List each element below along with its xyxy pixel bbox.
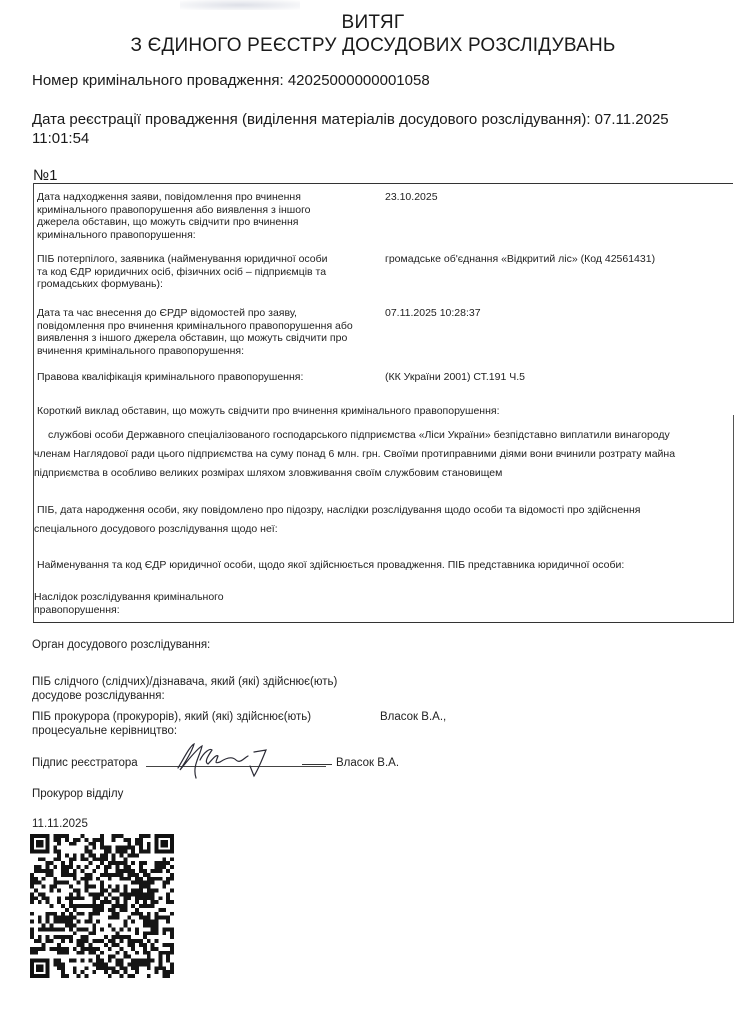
suspect-label-1: ПІБ, дата народження особи, яку повідомл…: [37, 500, 640, 520]
row-victim-value: громадське об'єднання «Відкритий ліс» (К…: [385, 253, 655, 266]
suspect-label-2: спеціального досудового розслідування що…: [34, 519, 278, 539]
registrar-signature-label: Підпис реєстратора: [32, 756, 138, 770]
table-border-bottom: [33, 622, 734, 623]
summary-label: Короткий виклад обставин, що можуть свід…: [37, 401, 500, 421]
table-border-top: [33, 183, 733, 184]
table-border-right: [733, 415, 734, 622]
outcome-label: Наслідок розслідування кримінального пра…: [34, 591, 224, 616]
investigator-label: ПІБ слідчого (слідчих)/дізнавача, який (…: [32, 675, 337, 703]
legal-entity-label: Найменування та код ЄДР юридичної особи,…: [37, 555, 624, 575]
document-title: ВИТЯГ: [0, 12, 746, 34]
document-date: 11.11.2025: [32, 817, 88, 831]
summary-line-2: членам Наглядової ради цього підприємств…: [34, 444, 675, 464]
prosecutor-value: Власок В.А.,: [380, 710, 446, 724]
registration-time: 11:01:54: [32, 130, 89, 147]
registration-date: Дата реєстрації провадження (виділення м…: [32, 111, 669, 128]
prosecutor-label: ПІБ прокурора (прокурорів), який (які) з…: [32, 710, 311, 738]
scan-artifact: [180, 0, 300, 10]
row-victim-label: ПІБ потерпілого, заявника (найменування …: [37, 253, 377, 291]
row-erdr-entry-value: 07.11.2025 10:28:37: [385, 307, 481, 320]
row-erdr-entry-label: Дата та час внесення до ЄРДР відомостей …: [37, 307, 377, 357]
signature-line-tail: [302, 764, 332, 765]
signature-icon: [170, 738, 290, 786]
summary-line-3: підприємства в особливо великих розмірах…: [34, 463, 502, 483]
position-title: Прокурор відділу: [32, 787, 123, 801]
table-border-left: [33, 183, 34, 623]
case-number: Номер кримінального провадження: 4202500…: [32, 72, 430, 89]
record-number: №1: [33, 167, 57, 184]
row-application-date-value: 23.10.2025: [385, 191, 438, 204]
qr-code-icon: [30, 834, 174, 978]
registrar-name: Власок В.А.: [336, 756, 399, 770]
row-qualification-label: Правова кваліфікація кримінального право…: [37, 371, 377, 384]
document-subtitle: З ЄДИНОГО РЕЄСТРУ ДОСУДОВИХ РОЗСЛІДУВАНЬ: [0, 35, 746, 57]
row-application-date-label: Дата надходження заяви, повідомлення про…: [37, 191, 377, 241]
summary-line-1: службові особи Державного спеціалізовано…: [48, 425, 670, 445]
authority-label: Орган досудового розслідування:: [32, 638, 210, 652]
row-qualification-value: (КК України 2001) СТ.191 Ч.5: [385, 371, 525, 384]
